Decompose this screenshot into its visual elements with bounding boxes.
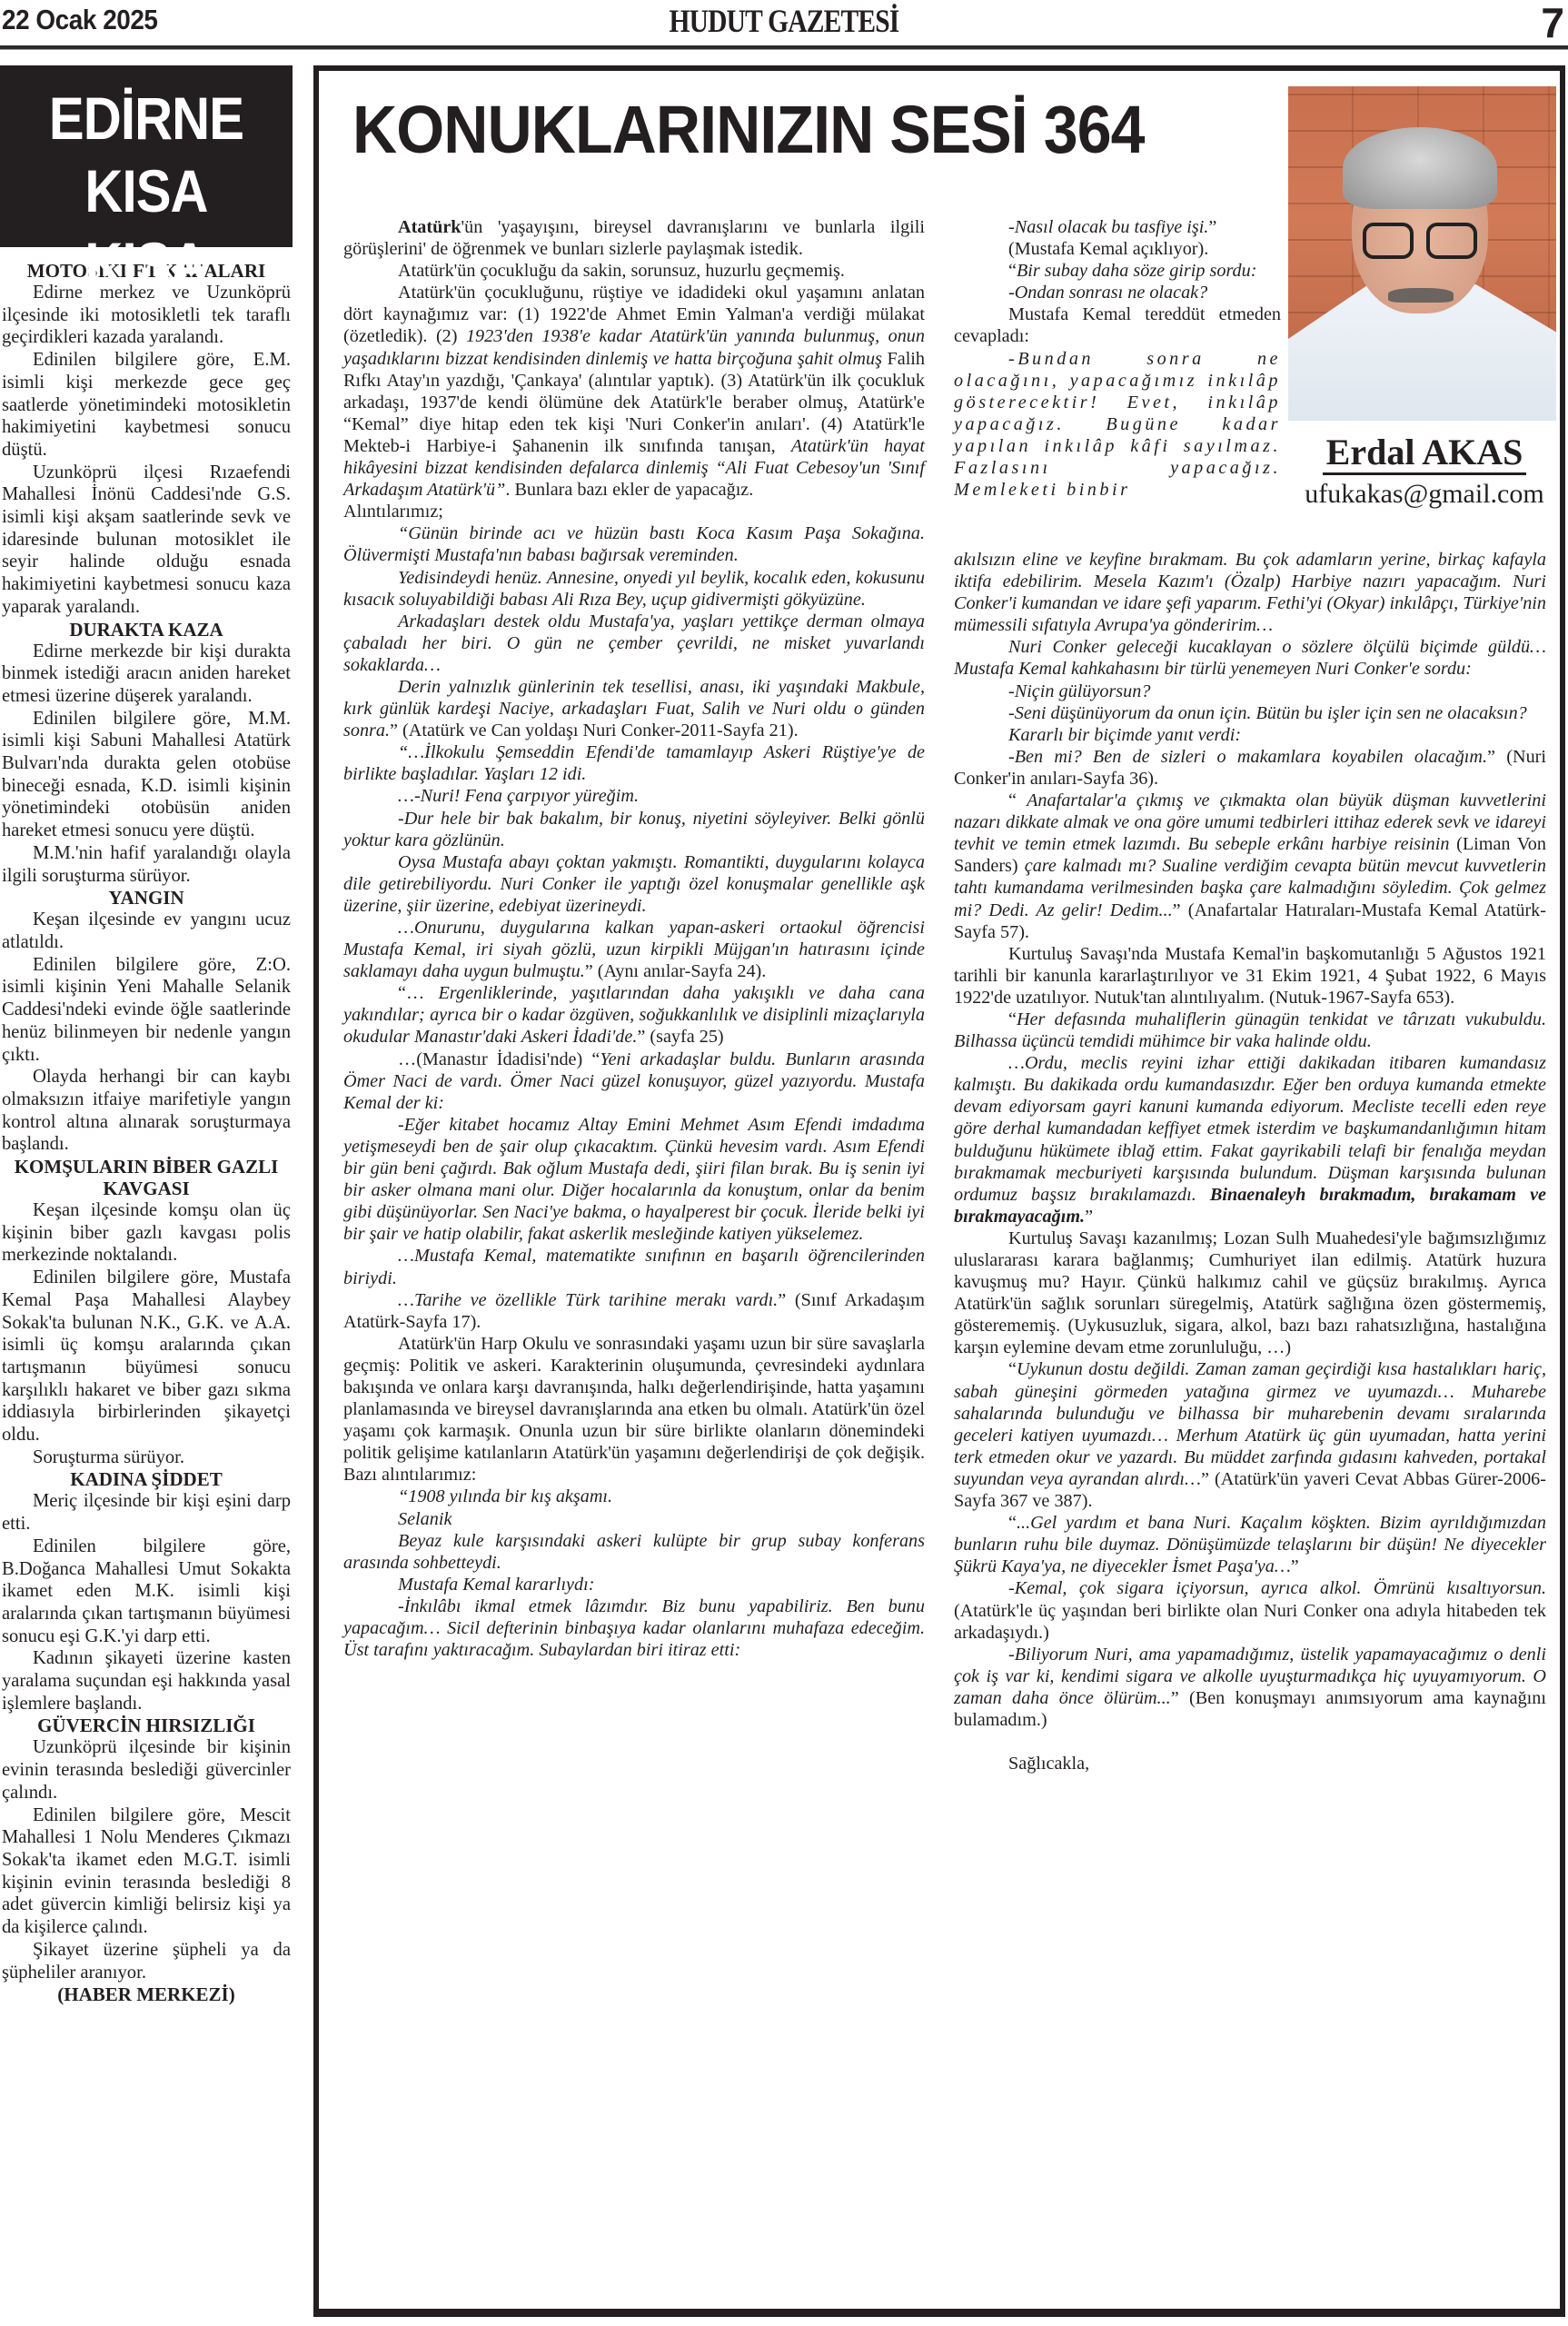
article-paragraph: Atatürk'ün çocukluğunu, rüştiye ve idadi… bbox=[343, 282, 925, 501]
quote-italic-text: Her defasında muhaliflerin günagün tenki… bbox=[954, 1009, 1546, 1051]
regular-text: Atatürk'ün Harp Okulu ve sonrasındaki ya… bbox=[343, 1334, 925, 1486]
article-paragraph: …Mustafa Kemal, matematikte sınıfının en… bbox=[343, 1245, 925, 1288]
quote-italic-text: -Seni düşünüyorum da onun için. Bütün bu… bbox=[1008, 703, 1527, 723]
quote-italic-text: …Tarihe ve özellikle Türk tarihine merak… bbox=[398, 1290, 778, 1310]
story-paragraph: Edinilen bilgilere göre, Mescit Mahalles… bbox=[2, 1804, 291, 1939]
regular-text: …(Manastır İdadisi'nde) “ bbox=[398, 1049, 600, 1069]
article-paragraph: Kararlı bir biçimde yanıt verdi: bbox=[954, 724, 1546, 746]
article-paragraph: -İnkılâbı ikmal etmek lâzımdır. Biz bunu… bbox=[343, 1595, 925, 1661]
quote-italic-text: “Günün birinde acı ve hüzün bastı Koca K… bbox=[343, 523, 925, 565]
article-paragraph: Oysa Mustafa abayı çoktan yakmıştı. Roma… bbox=[343, 851, 925, 917]
regular-text: ” (Aynı anılar-Sayfa 24). bbox=[585, 961, 767, 981]
issue-date: 22 Ocak 2025 bbox=[2, 4, 157, 36]
quote-italic-text: akılsızın eline ve keyfine bırakmam. Bu … bbox=[954, 550, 1546, 635]
story-paragraph: M.M.'nin hafif yaralandığı olayla ilgili… bbox=[2, 842, 291, 887]
article-paragraph: Atatürk'ün Harp Okulu ve sonrasındaki ya… bbox=[343, 1333, 925, 1486]
article-paragraph: …Tarihe ve özellikle Türk tarihine merak… bbox=[343, 1289, 925, 1333]
story-paragraph: Edinilen bilgilere göre, E.M. isimli kiş… bbox=[2, 349, 291, 462]
article-paragraph: “ Anafartalar'a çıkmış ve çıkmakta olan … bbox=[954, 790, 1546, 943]
article-column-2-bottom: akılsızın eline ve keyfine bırakmam. Bu … bbox=[954, 549, 1546, 1774]
quote-italic-text: -İnkılâbı ikmal etmek lâzımdır. Biz bunu… bbox=[343, 1596, 925, 1660]
story-paragraph: Edirne merkezde bir kişi durakta binmek … bbox=[2, 641, 291, 708]
article-paragraph: -Ondan sonrası ne olacak? bbox=[954, 282, 1281, 303]
article-paragraph: -Bundan sonra ne olacağını, yapacağımız … bbox=[954, 348, 1281, 502]
photo-mustache bbox=[1388, 288, 1454, 303]
story-heading: YANGIN bbox=[2, 887, 291, 909]
story-paragraph: Edinilen bilgilere göre, M.M. isimli kiş… bbox=[2, 708, 291, 842]
author-email[interactable]: ufukakas@gmail.com bbox=[1292, 479, 1557, 510]
quote-italic-text: -Kemal, çok sigara içiyorsun, ayrıca alk… bbox=[1008, 1578, 1546, 1598]
article-paragraph: “Uykunun dostu değildi. Zaman zaman geçi… bbox=[954, 1358, 1546, 1512]
masthead-rule bbox=[0, 45, 1568, 50]
quote-italic-text: -Niçin gülüyorsun? bbox=[1008, 681, 1150, 701]
article-paragraph: “… Ergenliklerinde, yaşıtlarından daha y… bbox=[343, 982, 925, 1048]
article-paragraph: Alıntılarımız; bbox=[343, 501, 925, 522]
quote-italic-text: -Nasıl olacak bu tasfiye işi. bbox=[1008, 217, 1208, 237]
article-paragraph: -Biliyorum Nuri, ama yapamadığımız, üste… bbox=[954, 1644, 1546, 1731]
story-paragraph: Edinilen bilgilere göre, Mustafa Kemal P… bbox=[2, 1267, 291, 1446]
section-title-line2: KISA KISA bbox=[17, 154, 274, 300]
article-paragraph: “Her defasında muhaliflerin günagün tenk… bbox=[954, 1009, 1546, 1052]
regular-text: “ bbox=[1008, 261, 1017, 281]
article-paragraph: -Seni düşünüyorum da onun için. Bütün bu… bbox=[954, 702, 1546, 724]
article-paragraph: Arkadaşları destek oldu Mustafa'ya, yaşl… bbox=[343, 611, 925, 676]
story-heading: KOMŞULARIN BİBER GAZLI KAVGASI bbox=[2, 1156, 291, 1199]
regular-text: ” bbox=[1208, 217, 1216, 237]
quote-italic-text: …-Nuri! Fena çarpıyor yüreğim. bbox=[398, 786, 639, 806]
story-heading: DURAKTA KAZA bbox=[2, 619, 291, 641]
section-title-box: EDİRNE KISA KISA bbox=[0, 65, 293, 247]
section-title-line1: EDİRNE bbox=[17, 82, 274, 154]
quote-italic-text: -Ben mi? Ben de sizleri o makamlara koya… bbox=[1008, 747, 1487, 767]
article-paragraph: Selanik bbox=[343, 1508, 925, 1530]
regular-text: (Mustafa Kemal açıklıyor). bbox=[1008, 239, 1208, 259]
quote-italic-text: …Mustafa Kemal, matematikte sınıfının en… bbox=[343, 1246, 925, 1287]
story-heading: KADINA ŞİDDET bbox=[2, 1468, 291, 1490]
quote-italic-text: ...Gel yardım et bana Nuri. Kaçalım köşk… bbox=[954, 1513, 1546, 1576]
article-paragraph: “1908 yılında bir kış akşamı. bbox=[343, 1486, 925, 1507]
quote-italic-text: Kararlı bir biçimde yanıt verdi: bbox=[1008, 725, 1241, 745]
photo-hair bbox=[1343, 127, 1497, 209]
article-paragraph: -Kemal, çok sigara içiyorsun, ayrıca alk… bbox=[954, 1577, 1546, 1643]
article-paragraph: Nuri Conker geleceği kucaklayan o sözler… bbox=[954, 636, 1546, 680]
quote-italic-text: -Dur hele bir bak bakalım, bir konuş, ni… bbox=[343, 809, 925, 850]
story-paragraph: Uzunköprü ilçesinde bir kişinin evinin t… bbox=[2, 1736, 291, 1804]
article-paragraph: …Onurunu, duygularına kalkan yapan-asker… bbox=[343, 917, 925, 982]
story-paragraph: Keşan ilçesinde ev yangını ucuz atlatıld… bbox=[2, 909, 291, 953]
regular-text: “ bbox=[1008, 1009, 1017, 1029]
author-byline: Erdal AKAS ufukakas@gmail.com bbox=[1292, 432, 1557, 510]
regular-text: “… bbox=[398, 983, 438, 1003]
regular-text: Atatürk'ün çocukluğu da sakin, sorunsuz,… bbox=[398, 261, 845, 281]
glasses-icon bbox=[1363, 223, 1477, 263]
article-paragraph: “...Gel yardım et bana Nuri. Kaçalım köş… bbox=[954, 1512, 1546, 1577]
regular-text: “ bbox=[1008, 1359, 1017, 1379]
story-heading: GÜVERCİN HIRSIZLIĞI bbox=[2, 1715, 291, 1736]
story-paragraph: Kadının şikayeti üzerine kasten yaralama… bbox=[2, 1647, 291, 1715]
quote-italic-text: Nuri Conker geleceği kucaklayan o sözler… bbox=[954, 637, 1546, 679]
quote-italic-text: -Eğer kitabet hocamız Altay Emini Mehmet… bbox=[343, 1115, 925, 1244]
article-paragraph: …Ordu, meclis reyini izhar ettiği dakika… bbox=[954, 1052, 1546, 1228]
quote-italic-text: Bir subay daha söze girip sordu: bbox=[1017, 261, 1257, 281]
article-paragraph: “…İlkokulu Şemseddin Efendi'de tamamlayı… bbox=[343, 741, 925, 785]
article-paragraph: Atatürk'ün 'yaşayışını, bireysel davranı… bbox=[343, 216, 925, 260]
article-paragraph: (Mustafa Kemal açıklıyor). bbox=[954, 238, 1281, 260]
article-paragraph: Kurtuluş Savaşı'nda Mustafa Kemal'in baş… bbox=[954, 943, 1546, 1009]
newspaper-title: HUDUT GAZETESİ bbox=[141, 2, 1426, 40]
regular-text: “ bbox=[1008, 1513, 1017, 1533]
quote-italic-text: …Ordu, meclis reyini izhar ettiği dakika… bbox=[954, 1053, 1546, 1205]
quote-italic-text: “…İlkokulu Şemseddin Efendi'de tamamlayı… bbox=[343, 742, 925, 784]
article-paragraph bbox=[954, 1731, 1546, 1753]
article-paragraph: “Bir subay daha söze girip sordu: bbox=[954, 260, 1281, 282]
article-headline: KONUKLARINIZIN SESİ 364 bbox=[352, 91, 1145, 168]
quote-italic-text: Selanik bbox=[398, 1509, 452, 1529]
quote-italic-text: Mustafa Kemal kararlıydı: bbox=[398, 1575, 594, 1595]
regular-text: Kurtuluş Savaşı'nda Mustafa Kemal'in baş… bbox=[954, 944, 1546, 1008]
article-paragraph: -Eğer kitabet hocamız Altay Emini Mehmet… bbox=[343, 1114, 925, 1246]
article-paragraph: akılsızın eline ve keyfine bırakmam. Bu … bbox=[954, 549, 1546, 636]
article-paragraph: Yedisindeydi henüz. Annesine, onyedi yıl… bbox=[343, 567, 925, 611]
article-paragraph: -Nasıl olacak bu tasfiye işi.” bbox=[954, 216, 1281, 238]
regular-text: Alıntılarımız; bbox=[343, 502, 443, 522]
article-paragraph: Derin yalnızlık günlerinin tek tesellisi… bbox=[343, 676, 925, 741]
page-number: 7 bbox=[1541, 0, 1564, 47]
story-paragraph: Meriç ilçesinde bir kişi eşini darp etti… bbox=[2, 1490, 291, 1535]
author-name: Erdal AKAS bbox=[1323, 432, 1527, 475]
regular-text: . Bunlara bazı ekler de yapacağız. bbox=[505, 480, 753, 500]
story-paragraph: Edinilen bilgilere göre, B.Doğanca Mahal… bbox=[2, 1536, 291, 1648]
article-paragraph: Mustafa Kemal tereddüt etmeden cevapladı… bbox=[954, 303, 1281, 347]
article-paragraph: Mustafa Kemal kararlıydı: bbox=[343, 1574, 925, 1595]
author-photo bbox=[1288, 86, 1556, 421]
story-paragraph: Edinilen bilgilere göre, Z:O. isimli kiş… bbox=[2, 954, 291, 1067]
quote-italic-text: Beyaz kule karşısındaki askeri kulüpte b… bbox=[343, 1531, 925, 1573]
regular-text: ” (Atatürk ve Can yoldaşı Nuri Conker-20… bbox=[390, 721, 799, 741]
news-briefs: MOTOSİKLET KAZALARIEdirne merkez ve Uzun… bbox=[0, 247, 293, 2006]
edirne-kisa-kisa-column: EDİRNE KISA KISA MOTOSİKLET KAZALARIEdir… bbox=[0, 65, 293, 2006]
story-paragraph: Olayda herhangi bir can kaybı olmaksızın… bbox=[2, 1066, 291, 1156]
regular-text: “ bbox=[1008, 790, 1027, 810]
article-paragraph: -Niçin gülüyorsun? bbox=[954, 681, 1546, 702]
article-paragraph: …(Manastır İdadisi'nde) “Yeni arkadaşlar… bbox=[343, 1049, 925, 1114]
story-paragraph: Uzunköprü ilçesi Rızaefendi Mahallesi İn… bbox=[2, 462, 291, 619]
regular-text: Kurtuluş Savaşı kazanılmış; Lozan Sulh M… bbox=[954, 1228, 1546, 1357]
regular-text: ” bbox=[1291, 1556, 1299, 1576]
story-paragraph: Şikayet üzerine şüpheli ya da şüpheliler… bbox=[2, 1939, 291, 1983]
quote-italic-text: -Bundan sonra ne olacağını, yapacağımız … bbox=[954, 349, 1281, 501]
article-column-1: Atatürk'ün 'yaşayışını, bireysel davranı… bbox=[343, 216, 925, 1661]
article-paragraph: Sağlıcakla, bbox=[954, 1753, 1546, 1774]
regular-text: Sağlıcakla, bbox=[1008, 1754, 1089, 1774]
regular-text: (Atatürk'le üç yaşından beri birlikte ol… bbox=[954, 1601, 1546, 1643]
quote-italic-text: Yedisindeydi henüz. Annesine, onyedi yıl… bbox=[343, 568, 925, 610]
article-paragraph: -Ben mi? Ben de sizleri o makamlara koya… bbox=[954, 746, 1546, 790]
regular-text: ” bbox=[1085, 1207, 1093, 1227]
lead-bold-text: Atatürk bbox=[398, 217, 461, 237]
article-column-2-top: -Nasıl olacak bu tasfiye işi.”(Mustafa K… bbox=[954, 216, 1281, 501]
article-paragraph: Atatürk'ün çocukluğu da sakin, sorunsuz,… bbox=[343, 260, 925, 282]
article-paragraph: “Günün birinde acı ve hüzün bastı Koca K… bbox=[343, 522, 925, 566]
article-paragraph: Beyaz kule karşısındaki askeri kulüpte b… bbox=[343, 1530, 925, 1574]
regular-text: Mustafa Kemal tereddüt etmeden cevapladı… bbox=[954, 304, 1281, 346]
article-paragraph: Kurtuluş Savaşı kazanılmış; Lozan Sulh M… bbox=[954, 1228, 1546, 1359]
article-paragraph: …-Nuri! Fena çarpıyor yüreğim. bbox=[343, 785, 925, 807]
quote-italic-text: Arkadaşları destek oldu Mustafa'ya, yaşl… bbox=[343, 611, 925, 675]
quote-italic-text: Oysa Mustafa abayı çoktan yakmıştı. Roma… bbox=[343, 852, 925, 916]
quote-italic-text: “1908 yılında bir kış akşamı. bbox=[398, 1486, 612, 1506]
story-signature: (HABER MERKEZİ) bbox=[2, 1983, 291, 2006]
story-paragraph: Soruşturma sürüyor. bbox=[2, 1446, 291, 1469]
article-paragraph: -Dur hele bir bak bakalım, bir konuş, ni… bbox=[343, 808, 925, 851]
regular-text: ” (sayfa 25) bbox=[637, 1027, 723, 1047]
quote-italic-text: -Ondan sonrası ne olacak? bbox=[1008, 283, 1207, 303]
story-paragraph: Keşan ilçesinde komşu olan üç kişinin bi… bbox=[2, 1199, 291, 1267]
